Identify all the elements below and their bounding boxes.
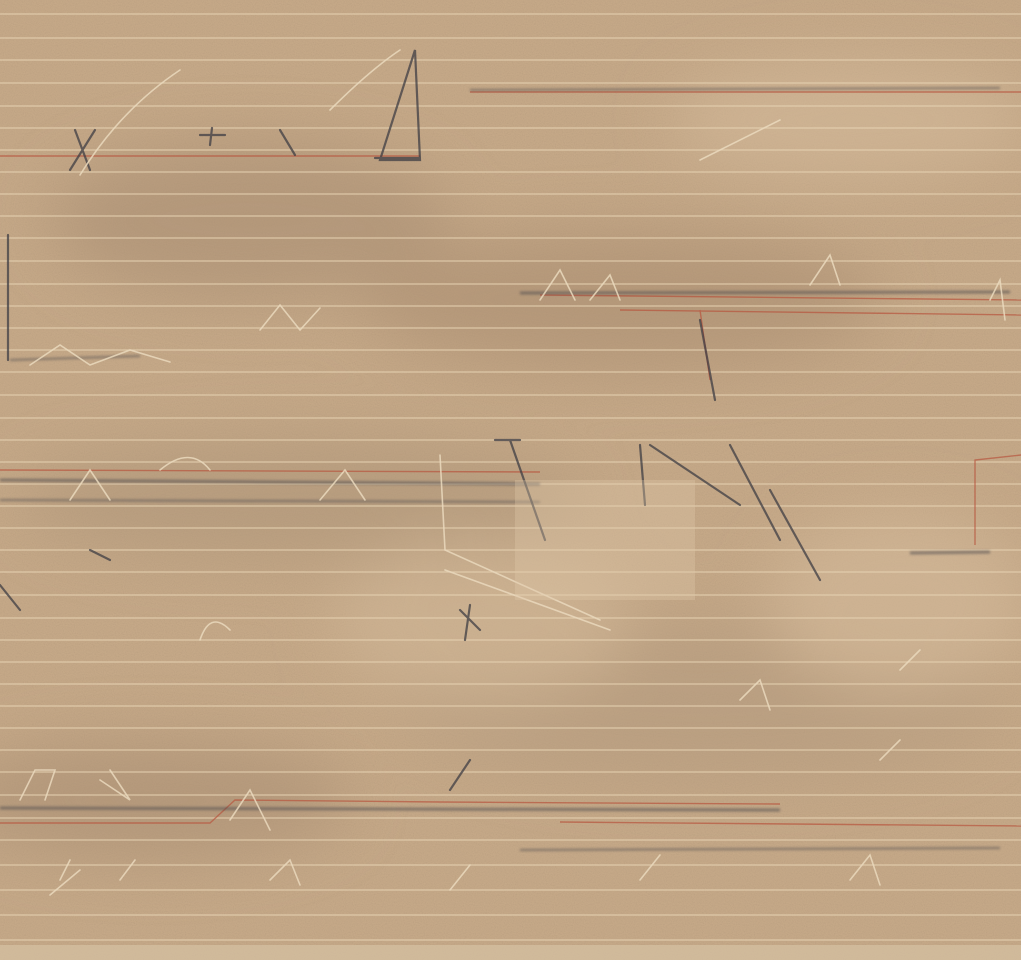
dotted-texture (515, 480, 695, 600)
bottom-edge (0, 945, 1021, 960)
artwork-canvas (0, 0, 1021, 960)
artwork-svg (0, 0, 1021, 960)
